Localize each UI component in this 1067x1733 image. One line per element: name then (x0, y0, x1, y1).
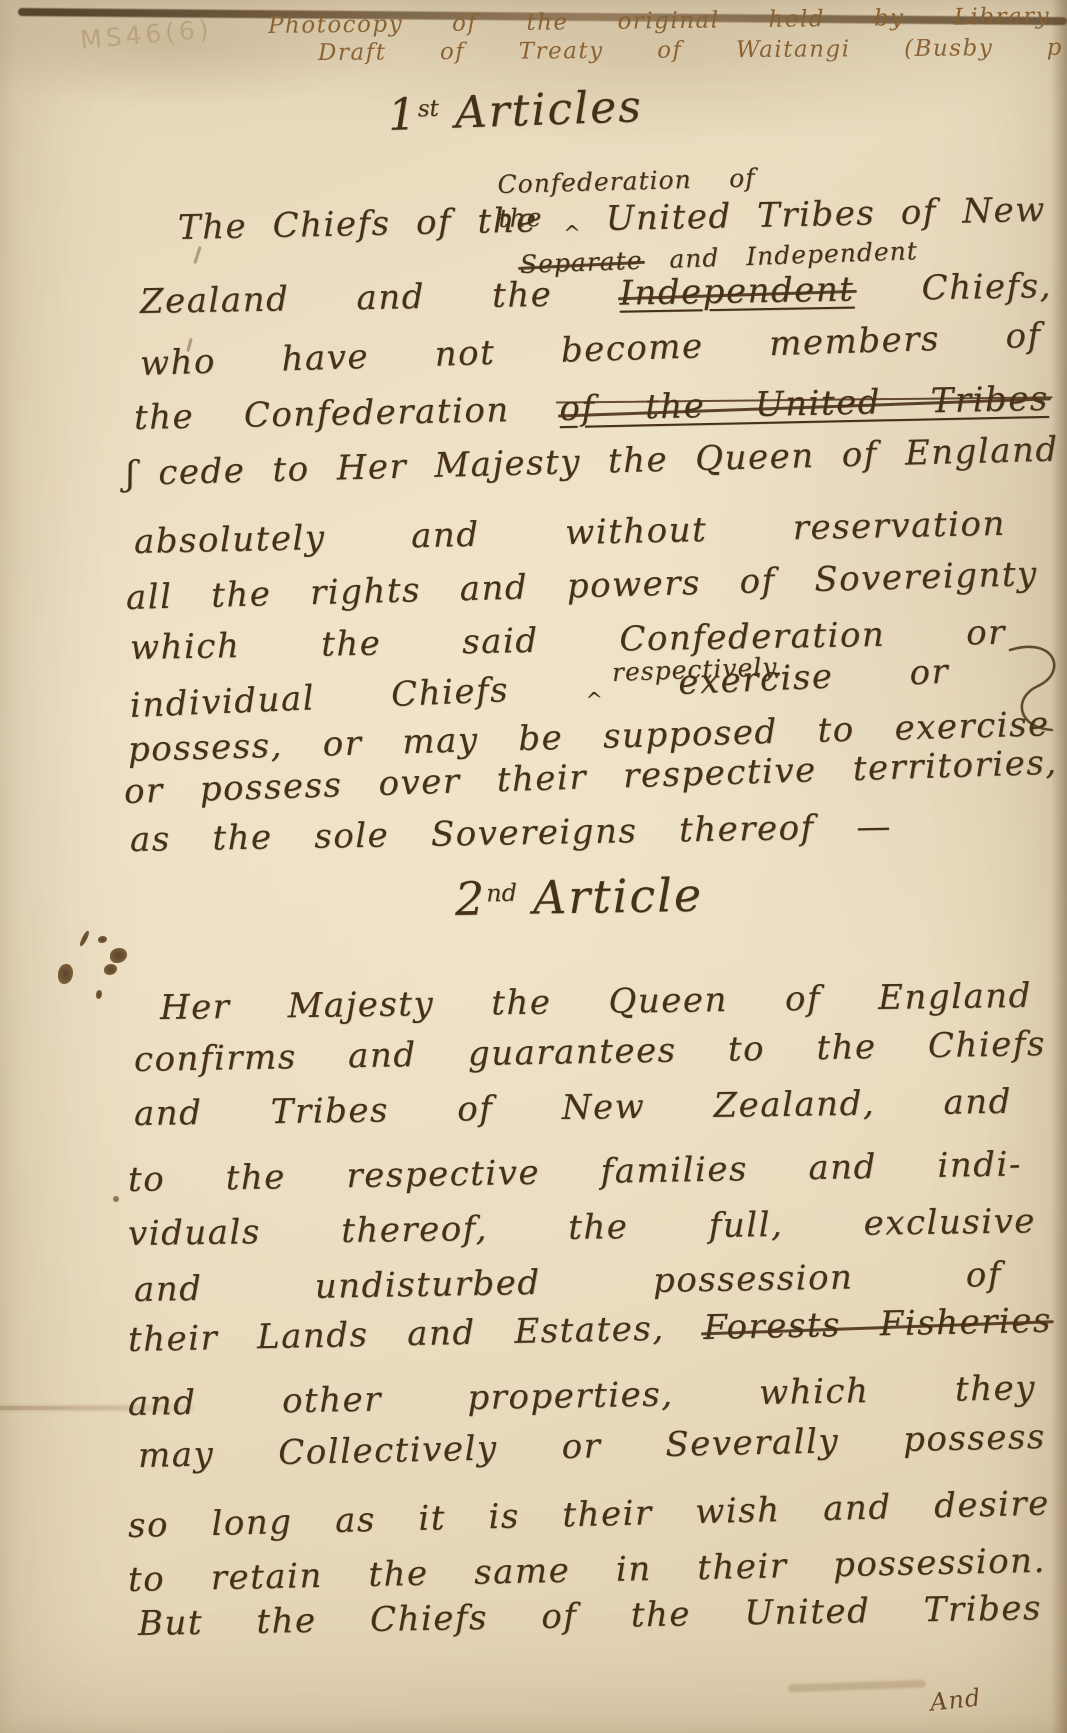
treaty-line-15: and Tribes of New Zealand, and (134, 1080, 1013, 1138)
line-text: United Tribes of New (605, 190, 1046, 239)
treaty-line-22: so long as it is their wish and desire (127, 1481, 1050, 1549)
paper-right-edge-shadow (1051, 0, 1067, 1733)
line-text: The Chiefs of the (178, 200, 539, 248)
struck-phrase: Forests Fisheries (703, 1301, 1052, 1348)
line-text: individual Chiefs (129, 670, 510, 726)
treaty-line-17: viduals thereof, the full, exclusive (128, 1199, 1037, 1258)
line-text: the Confederation (134, 390, 511, 438)
article-2-ordinal: nd (486, 879, 517, 908)
flourish-long-s: ʃ (125, 454, 135, 494)
line-text: Zealand and the (140, 275, 553, 322)
treaty-line-16: to the respective families and indi- (128, 1142, 1023, 1203)
line-text: Chiefs, (921, 266, 1052, 308)
caret-mark: ^ (585, 687, 603, 712)
line-text: exercise or (677, 652, 950, 703)
photocopy-note-line-2: Draft of Treaty of Waitangi (Busby p (318, 35, 1063, 66)
manuscript-page: { "colors": { "paper": "#e9dbbd", "ink":… (0, 0, 1067, 1733)
line-text: their Lands and Estates, (128, 1309, 665, 1360)
treaty-line-14: confirms and guarantees to the Chiefs (134, 1022, 1047, 1084)
article-1-ordinal: st (417, 96, 439, 123)
caret-mark: ^ (563, 221, 581, 245)
article-1-number: 1 (387, 89, 419, 141)
ink-smudge (788, 1680, 926, 1693)
treaty-line-13: Her Majesty the Queen of England (160, 974, 1033, 1032)
struck-phrase: of the United Tribes (559, 379, 1049, 429)
catchword: And (929, 1683, 983, 1716)
struck-word: Independent (619, 270, 855, 314)
article-2-number: 2 (455, 871, 487, 926)
article-2-title: Article (533, 868, 704, 925)
treaty-line-3: who have not become members of (139, 314, 1042, 388)
article-1-title: Articles (454, 81, 644, 139)
article-2-heading: 2ndArticle (455, 868, 704, 926)
article-1-heading: 1stArticles (387, 81, 643, 141)
treaty-line-12: as the sole Sovereigns thereof — (130, 805, 893, 864)
shelfmark-pencil: MS46(6) (79, 14, 214, 54)
photocopy-note-line-1: Photocopy of the original held by Librar… (268, 3, 1056, 39)
line-text: cede to Her Majesty the Queen of England (158, 430, 1059, 494)
margin-dot (113, 1196, 119, 1202)
ink-blot (30, 912, 120, 1012)
